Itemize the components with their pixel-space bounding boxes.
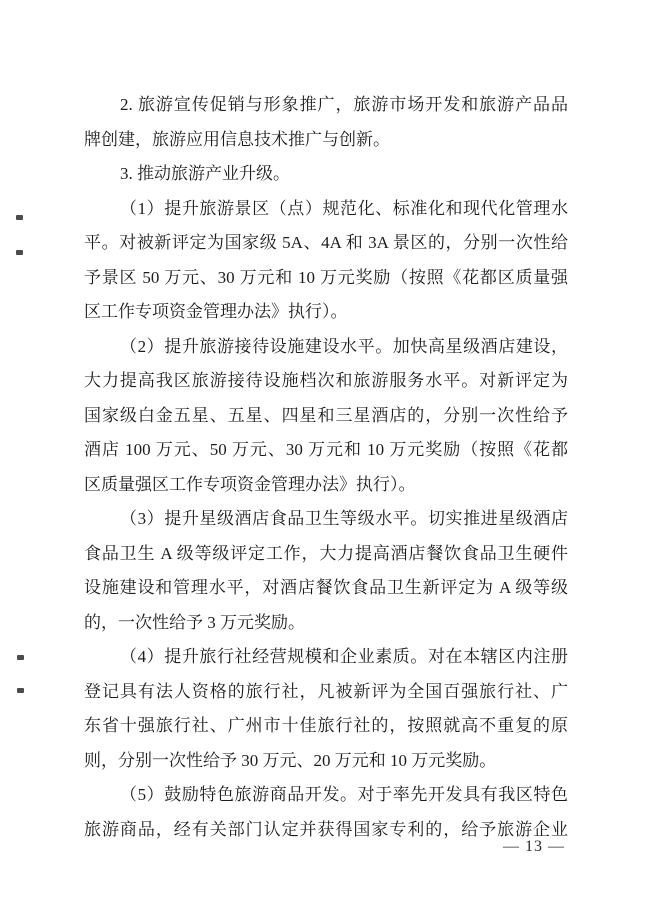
text-line: （1）提升旅游景区（点）规范化、标准化和现代化管理水 <box>84 192 568 227</box>
text-line: 区质量强区工作专项资金管理办法》执行）。 <box>84 468 568 503</box>
scan-artifact-mark <box>16 250 23 255</box>
scan-artifact-mark <box>16 215 23 220</box>
text-line: 大力提高我区旅游接待设施档次和旅游服务水平。对新评定为 <box>84 364 568 399</box>
text-line: 的，一次性给予 3 万元奖励。 <box>84 606 568 641</box>
page-number: — 13 — <box>503 836 565 858</box>
text-line: （2）提升旅游接待设施建设水平。加快高星级酒店建设， <box>84 330 568 365</box>
scan-artifact-mark <box>17 688 24 693</box>
text-line: 旅游商品，经有关部门认定并获得国家专利的，给予旅游企业 <box>84 813 568 848</box>
document-page: 2. 旅游宣传促销与形象推广，旅游市场开发和旅游产品品牌创建，旅游应用信息技术推… <box>0 0 650 920</box>
text-line: （4）提升旅行社经营规模和企业素质。对在本辖区内注册 <box>84 640 568 675</box>
text-line: （5）鼓励特色旅游商品开发。对于率先开发具有我区特色 <box>84 778 568 813</box>
text-line: 则，分别一次性给予 30 万元、20 万元和 10 万元奖励。 <box>84 744 568 779</box>
scan-artifact-mark <box>17 655 24 660</box>
text-line: 国家级白金五星、五星、四星和三星酒店的，分别一次性给予 <box>84 399 568 434</box>
text-line: 设施建设和管理水平，对酒店餐饮食品卫生新评定为 A 级等级 <box>84 571 568 606</box>
text-line: 酒店 100 万元、50 万元、30 万元和 10 万元奖励（按照《花都 <box>84 433 568 468</box>
text-line: （3）提升星级酒店食品卫生等级水平。切实推进星级酒店 <box>84 502 568 537</box>
text-line: 登记具有法人资格的旅行社，凡被新评为全国百强旅行社、广 <box>84 675 568 710</box>
text-line: 区工作专项资金管理办法》执行）。 <box>84 295 568 330</box>
text-line: 2. 旅游宣传促销与形象推广，旅游市场开发和旅游产品品 <box>84 88 568 123</box>
text-line: 予景区 50 万元、30 万元和 10 万元奖励（按照《花都区质量强 <box>84 261 568 296</box>
text-line: 牌创建，旅游应用信息技术推广与创新。 <box>84 123 568 158</box>
text-line: 平。对被新评定为国家级 5A、4A 和 3A 景区的，分别一次性给 <box>84 226 568 261</box>
text-line: 东省十强旅行社、广州市十佳旅行社的，按照就高不重复的原 <box>84 709 568 744</box>
document-body: 2. 旅游宣传促销与形象推广，旅游市场开发和旅游产品品牌创建，旅游应用信息技术推… <box>84 88 568 847</box>
text-line: 3. 推动旅游产业升级。 <box>84 157 568 192</box>
text-line: 食品卫生 A 级等级评定工作，大力提高酒店餐饮食品卫生硬件 <box>84 537 568 572</box>
